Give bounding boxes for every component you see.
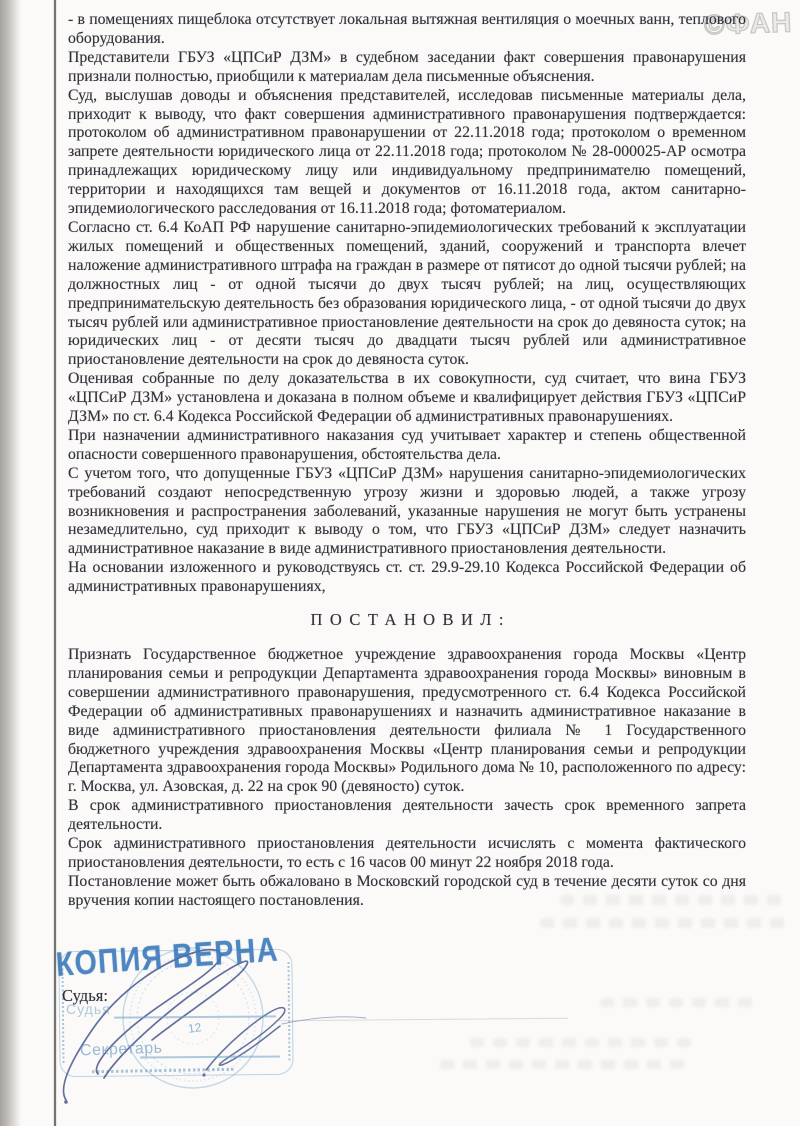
paragraph: Суд, выслушав доводы и объяснения предст… [68, 87, 746, 219]
paragraph: С учетом того, что допущенные ГБУЗ «ЦПСи… [68, 465, 746, 560]
verso-showthrough-smudge [560, 895, 785, 905]
paragraph: Постановление может быть обжаловано в Мо… [68, 873, 746, 911]
verso-showthrough-smudge [540, 918, 788, 928]
paragraph: Оценивая собранные по делу доказательств… [68, 370, 746, 427]
paragraph: Признать Государственное бюджетное учреж… [68, 646, 746, 797]
paragraph: Представители ГБУЗ «ЦПСиР ДЗМ» в судебно… [68, 49, 746, 87]
paragraph: При назначении административного наказан… [68, 427, 746, 465]
verso-showthrough-smudge [600, 998, 760, 1007]
verso-showthrough-smudge [470, 1038, 700, 1047]
paragraph: Согласно ст. 6.4 КоАП РФ нарушение санит… [68, 219, 746, 370]
paragraph: В срок административного приостановления… [68, 797, 746, 835]
scan-edge-shadow [0, 0, 22, 1126]
scanned-court-ruling-page: ©ФАН - в помещениях пищеблока отсутствуе… [0, 0, 800, 1126]
document-body: - в помещениях пищеблока отсутствует лок… [68, 11, 746, 911]
paragraph: - в помещениях пищеблока отсутствует лок… [68, 11, 746, 49]
body-paragraphs: - в помещениях пищеблока отсутствует лок… [68, 11, 746, 597]
paragraph: На основании изложенного и руководствуяс… [68, 559, 746, 597]
verso-showthrough-smudge [440, 1060, 690, 1069]
resolution-paragraphs: Признать Государственное бюджетное учреж… [68, 646, 746, 911]
paragraph: Срок административного приостановления д… [68, 835, 746, 873]
resolution-heading: ПОСТАНОВИЛ: [68, 611, 746, 630]
stamp-judge-line-label: Судья [66, 1001, 111, 1017]
judge-signature-line-extension [278, 1018, 568, 1022]
stamp-center-number: 12 [187, 1020, 202, 1036]
